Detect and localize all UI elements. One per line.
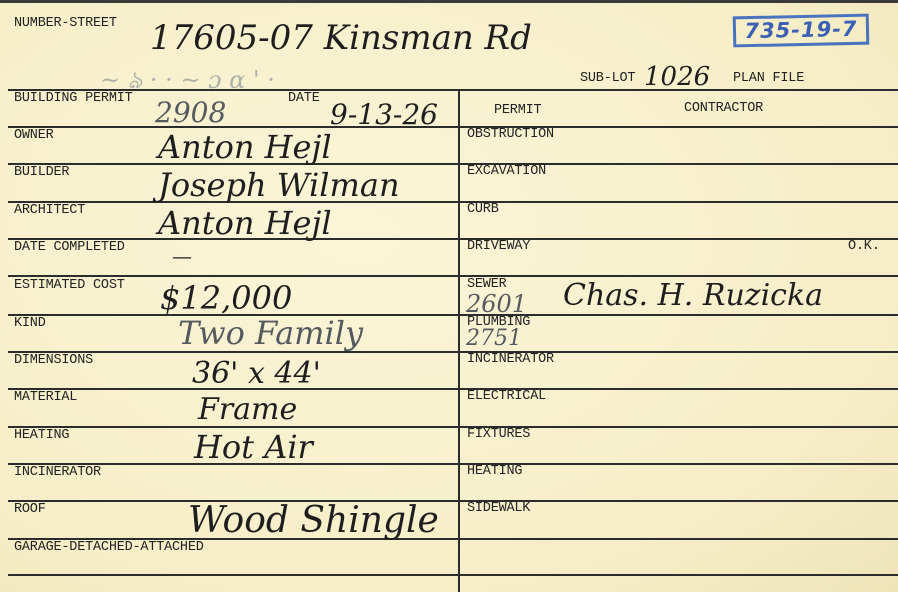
driveway-note: O.K. xyxy=(848,239,880,254)
architect-value: Anton Hejl xyxy=(158,204,332,242)
estimated-cost-value: $12,000 xyxy=(160,279,292,317)
garage-label: GARAGE-DETACHED-ATTACHED xyxy=(14,540,204,555)
sidewalk-label: SIDEWALK xyxy=(467,501,530,516)
file-number-stamp: 735-19-7 xyxy=(733,14,870,48)
plan-file-label: PLAN FILE xyxy=(733,71,804,86)
builder-value: Joseph Wilman xyxy=(158,166,400,204)
owner-value: Anton Hejl xyxy=(158,128,332,166)
sub-lot-label: SUB-LOT xyxy=(580,71,635,86)
driveway-label: DRIVEWAY xyxy=(467,239,530,254)
fixtures-label: FIXTURES xyxy=(467,427,530,442)
number-street-label: NUMBER-STREET xyxy=(14,16,117,31)
roof-label: ROOF xyxy=(14,502,46,517)
roof-value: Wood Shingle xyxy=(188,500,439,541)
permit-column-header: PERMIT xyxy=(494,103,541,118)
estimated-cost-label: ESTIMATED COST xyxy=(14,278,125,293)
sub-lot-value: 1026 xyxy=(644,62,710,92)
curb-label: CURB xyxy=(467,202,499,217)
number-street-value: 17605-07 Kinsman Rd xyxy=(150,18,532,58)
building-permit-value: 2908 xyxy=(155,96,226,129)
builder-label: BUILDER xyxy=(14,165,69,180)
permit-card: NUMBER-STREET 17605-07 Kinsman Rd 735-19… xyxy=(0,0,898,592)
heating-value: Hot Air xyxy=(194,428,313,466)
date-completed-label: DATE COMPLETED xyxy=(14,240,125,255)
material-label: MATERIAL xyxy=(14,390,77,405)
dimensions-value: 36' x 44' xyxy=(192,356,321,391)
electrical-label: ELECTRICAL xyxy=(467,389,546,404)
sewer-permit: 2601 xyxy=(466,290,527,318)
incinerator-permit-label: INCINERATOR xyxy=(467,352,554,367)
kind-label: KIND xyxy=(14,316,46,331)
card-top-edge xyxy=(0,0,898,3)
heating-permit-label: HEATING xyxy=(467,464,522,479)
excavation-label: EXCAVATION xyxy=(467,164,546,179)
date-completed-value: — xyxy=(172,244,192,268)
obstruction-label: OBSTRUCTION xyxy=(467,127,554,142)
contractor-column-header: CONTRACTOR xyxy=(684,101,763,116)
material-value: Frame xyxy=(198,392,297,427)
owner-label: OWNER xyxy=(14,128,54,143)
date-value: 9-13-26 xyxy=(330,98,438,131)
date-label: DATE xyxy=(288,91,320,106)
kind-value: Two Family xyxy=(178,314,363,352)
plumbing-permit: 2751 xyxy=(466,326,522,351)
dimensions-label: DIMENSIONS xyxy=(14,353,93,368)
architect-label: ARCHITECT xyxy=(14,203,85,218)
building-permit-label: BUILDING PERMIT xyxy=(14,91,133,106)
sewer-contractor: Chas. H. Ruzicka xyxy=(563,278,823,313)
heating-label: HEATING xyxy=(14,428,69,443)
incinerator-label: INCINERATOR xyxy=(14,465,101,480)
